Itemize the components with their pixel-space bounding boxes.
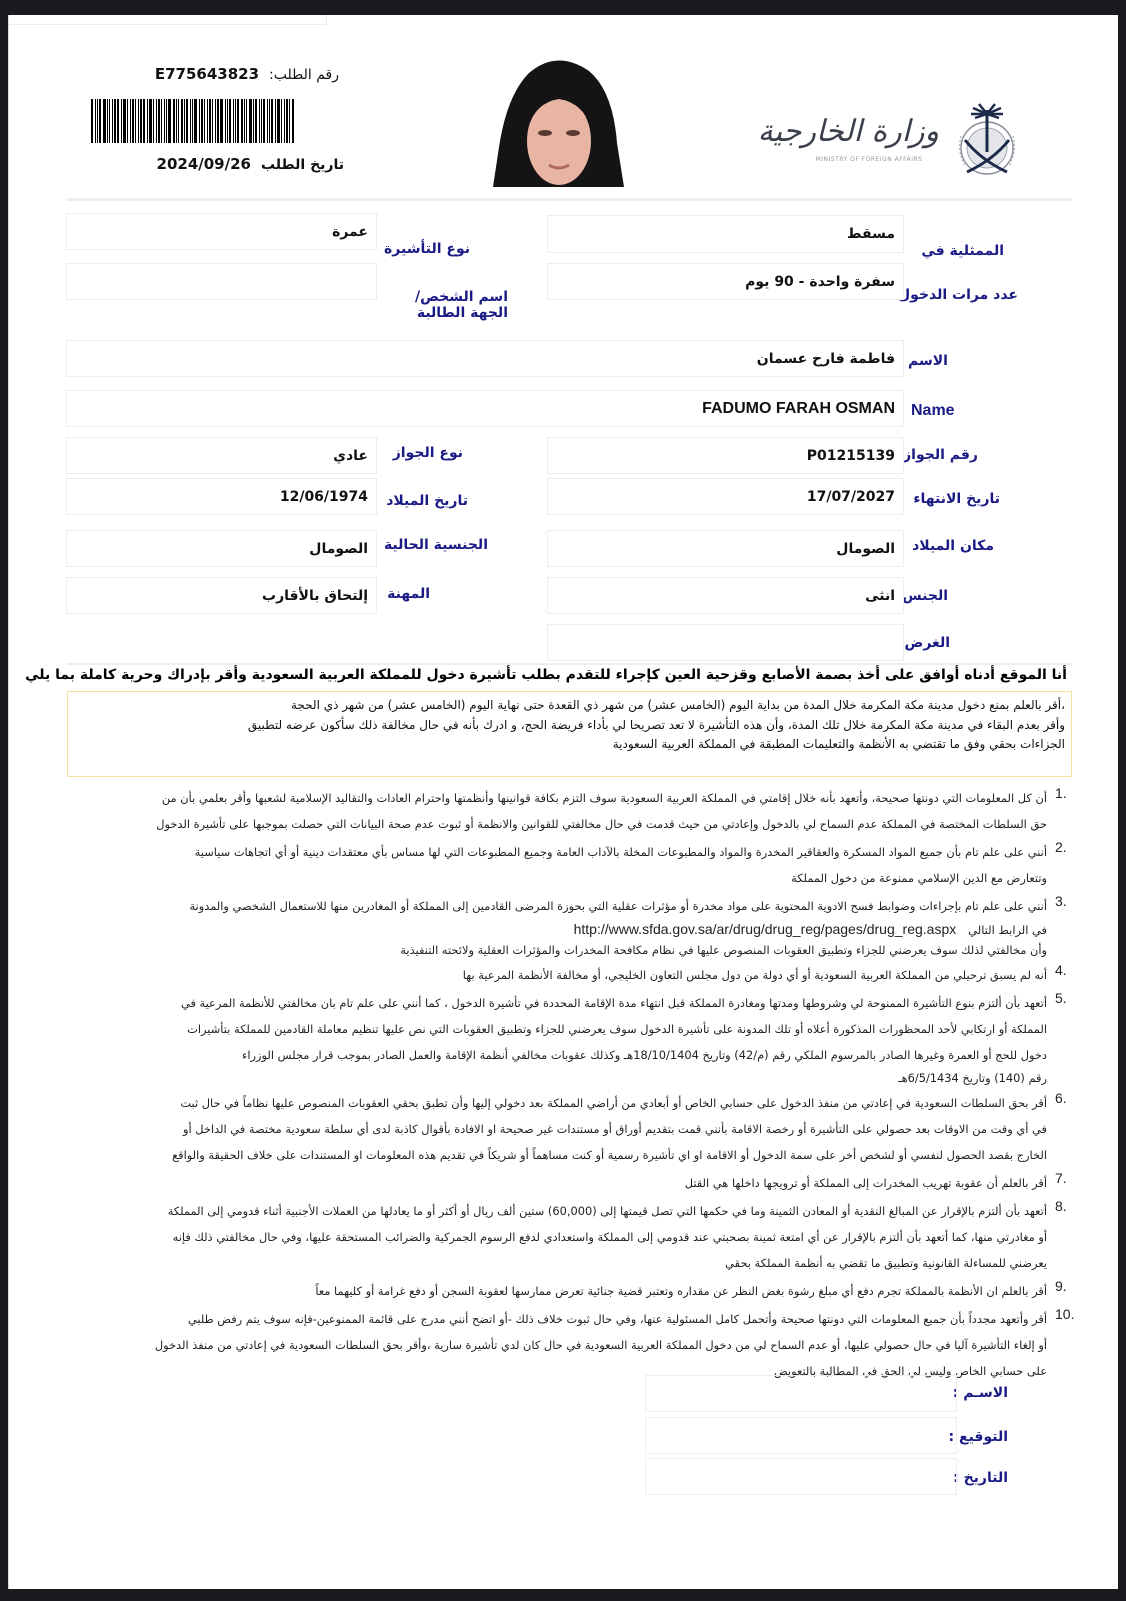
barcode-bar xyxy=(176,99,177,143)
barcode-bar xyxy=(103,99,106,143)
barcode-bar xyxy=(130,99,131,143)
term-number: 5. xyxy=(1055,990,1079,1006)
barcode-bar xyxy=(99,99,101,143)
term-number: 4. xyxy=(1055,962,1079,978)
signature-name-field[interactable] xyxy=(645,1375,957,1412)
request-date-label: تاريخ الطلب xyxy=(261,157,344,173)
term-number: 3. xyxy=(1055,893,1079,909)
term-line: أقر بالعلم أن عقوبة تهريب المخدرات إلى ا… xyxy=(49,1170,1047,1196)
barcode-bar xyxy=(281,99,282,143)
barcode-bar xyxy=(244,99,245,143)
barcode-bar xyxy=(263,99,265,143)
declaration-title: أنا الموقع أدناه أوافق على أخذ بصمة الأص… xyxy=(67,667,1067,683)
link-prefix: في الرابط التالي xyxy=(968,923,1047,937)
gender-field[interactable]: انثى xyxy=(547,577,904,614)
notice-line: ،أقر بالعلم بمنع دخول مدينة مكة المكرمة … xyxy=(74,696,1065,716)
request-number-value: E775643823 xyxy=(155,65,259,83)
barcode-bar xyxy=(249,99,252,143)
profession-field[interactable]: إلتحاق بالأقارب xyxy=(66,577,377,614)
barcode-bar xyxy=(184,99,185,143)
barcode-bar xyxy=(123,99,126,143)
barcode-bar xyxy=(259,99,260,143)
visa-type-field[interactable]: عمرة xyxy=(66,213,377,250)
top-tab-edge xyxy=(9,15,327,25)
term-item: 1. أن كل المعلومات التي دونتها صحيحة، وأ… xyxy=(49,785,1079,837)
barcode-bar xyxy=(235,99,236,143)
barcode-bar xyxy=(194,99,197,143)
birth-date-label: تاريخ الميلاد xyxy=(386,493,468,509)
barcode-bar xyxy=(292,99,294,143)
nationality-field[interactable]: الصومال xyxy=(66,530,377,567)
barcode-bar xyxy=(149,99,152,143)
barcode-bar xyxy=(132,99,134,143)
term-line: حق السلطات المختصة في المملكة عدم السماح… xyxy=(49,811,1047,837)
term-number: 10. xyxy=(1055,1306,1079,1322)
term-line: رقم (140) وتاريخ 6/5/1434هـ xyxy=(49,1068,1047,1088)
barcode-bar xyxy=(97,99,98,143)
signature-date-label: التاريخ : xyxy=(953,1470,1008,1486)
term-number: 8. xyxy=(1055,1198,1079,1214)
term-number: 9. xyxy=(1055,1278,1079,1294)
barcode-bar xyxy=(271,99,273,143)
notice-line: الجزاءات بحقي وفق ما تقتضي به الأنظمة وا… xyxy=(74,735,1065,755)
barcode-bar xyxy=(192,99,193,143)
expiry-date-label: تاريخ الانتهاء xyxy=(913,491,1000,507)
barcode-bar xyxy=(161,99,162,143)
barcode-bar xyxy=(207,99,208,143)
passport-type-label: نوع الجواز xyxy=(393,445,463,461)
term-item: 5. أتعهد بأن ألتزم بنوع التأشيرة الممنوح… xyxy=(49,990,1079,1088)
barcode-bar xyxy=(277,99,280,143)
term-line: أو إلغاء التأشيرة آليا في حال حصولي عليه… xyxy=(49,1332,1047,1358)
term-item: 4. أنه لم يسبق ترحيلي من المملكة العربية… xyxy=(49,962,1079,988)
barcode-bar xyxy=(153,99,154,143)
entries-field[interactable]: سفرة واحدة - 90 يوم xyxy=(547,263,904,300)
visa-type-label: نوع التأشيرة xyxy=(384,241,470,257)
request-date-value: 2024/09/26 xyxy=(157,155,251,173)
sponsor-label: اسم الشخص/الجهة الطالبة xyxy=(378,289,508,321)
barcode-bar xyxy=(156,99,157,143)
barcode-bar xyxy=(107,99,108,143)
notice-line: وأقر بعدم البقاء في مدينة مكة المكرمة خل… xyxy=(74,716,1065,736)
term-number: 6. xyxy=(1055,1090,1079,1106)
barcode-bar xyxy=(212,99,213,143)
terms-list: 1. أن كل المعلومات التي دونتها صحيحة، وأ… xyxy=(49,785,1079,1386)
term-line: أن كل المعلومات التي دونتها صحيحة، وأتعه… xyxy=(49,785,1047,811)
request-date: تاريخ الطلب2024/09/26 xyxy=(144,155,344,177)
request-number: رقم الطلب:E775643823 xyxy=(139,65,339,87)
barcode-bar xyxy=(284,99,285,143)
barcode-bar xyxy=(147,99,148,143)
barcode-bar xyxy=(269,99,270,143)
barcode-bar xyxy=(217,99,219,143)
barcode-bar xyxy=(261,99,262,143)
sponsor-field[interactable] xyxy=(66,263,377,300)
name-en-label: Name xyxy=(911,403,955,419)
barcode-bar xyxy=(233,99,234,143)
barcode-bar xyxy=(158,99,160,143)
term-line: أقر وأتعهد مجدداً بأن جميع المعلومات الت… xyxy=(49,1306,1047,1332)
term-number: 7. xyxy=(1055,1170,1079,1186)
barcode-bar xyxy=(140,99,142,143)
term-line: أتعهد بأن ألتزم بالإقرار عن المبالغ النق… xyxy=(49,1198,1047,1224)
name-en-field[interactable]: FADUMO FARAH OSMAN xyxy=(66,390,904,427)
signature-name-label: الاسـم : xyxy=(953,1385,1008,1401)
header-divider xyxy=(67,198,1072,201)
purpose-field[interactable] xyxy=(547,624,904,661)
barcode-bar xyxy=(114,99,116,143)
expiry-date-field[interactable]: 17/07/2027 xyxy=(547,478,904,515)
passport-no-field[interactable]: P01215139 xyxy=(547,437,904,474)
saudi-emblem-icon xyxy=(947,100,1027,180)
name-ar-field[interactable]: فاطمة فارح عسمان xyxy=(66,340,904,377)
term-line: أنني على علم تام بإجراءات وضوابط فسح الا… xyxy=(49,893,1047,919)
barcode-bar xyxy=(127,99,128,143)
term-line: يعرضني للمساءلة القانونية وتطبيق ما تقضي… xyxy=(49,1250,1047,1276)
term-item: 10. أقر وأتعهد مجدداً بأن جميع المعلومات… xyxy=(49,1306,1079,1384)
passport-type-field[interactable]: عادي xyxy=(66,437,377,474)
birth-date-field[interactable]: 12/06/1974 xyxy=(66,478,377,515)
ministry-name-ar: وزارة الخارجية xyxy=(799,114,939,149)
profession-label: المهنة xyxy=(387,586,430,602)
barcode xyxy=(91,99,341,143)
name-ar-label: الاسم xyxy=(908,353,948,369)
barcode-bar xyxy=(199,99,200,143)
barcode-bar xyxy=(117,99,119,143)
barcode-bar xyxy=(275,99,276,143)
term-line: وأن مخالفتي لذلك سوف يعرضني للجزاء وتطبي… xyxy=(49,940,1047,960)
barcode-bar xyxy=(112,99,113,143)
term-item: 7. أقر بالعلم أن عقوبة تهريب المخدرات إل… xyxy=(49,1170,1079,1196)
term-line: المملكة أو ارتكابي لأحد المحظورات المذكو… xyxy=(49,1016,1047,1042)
barcode-bar xyxy=(246,99,247,143)
ministry-name-en: MINISTRY OF FOREIGN AFFAIRS xyxy=(799,156,939,163)
term-line: أو مغادرتي منها، كما أتعهد بأن ألتزم بال… xyxy=(49,1224,1047,1250)
mission-field[interactable]: مسقط xyxy=(547,215,904,253)
barcode-bar xyxy=(201,99,203,143)
birth-place-label: مكان الميلاد xyxy=(912,538,994,554)
barcode-bar xyxy=(143,99,145,143)
entries-label: عدد مرات الدخول xyxy=(898,287,1018,303)
barcode-bar xyxy=(253,99,254,143)
nationality-label: الجنسية الحالية xyxy=(384,537,488,553)
barcode-bar xyxy=(164,99,165,143)
ministry-logo: وزارة الخارجية MINISTRY OF FOREIGN AFFAI… xyxy=(799,100,1034,180)
mission-label: الممثلية في xyxy=(921,243,1004,259)
barcode-bar xyxy=(135,99,136,143)
barcode-bar xyxy=(289,99,290,143)
term-item: 9. أقر بالعلم ان الأنظمة بالمملكة تجرم د… xyxy=(49,1278,1079,1304)
term-item: 6. أقر بحق السلطات السعودية في إعادتي من… xyxy=(49,1090,1079,1168)
term-line: دخول للحج أو العمرة وغيرها الصادر بالمرس… xyxy=(49,1042,1047,1068)
birth-place-field[interactable]: الصومال xyxy=(547,530,904,567)
term-link-line: في الرابط التاليhttp://www.sfda.gov.sa/a… xyxy=(49,919,1047,940)
passport-no-label: رقم الجواز xyxy=(903,447,978,463)
barcode-bar xyxy=(91,99,93,143)
term-line: الخارج بقصد الحصول لنفسي أو لشخص أخر على… xyxy=(49,1142,1047,1168)
term-line: أنه لم يسبق ترحيلي من المملكة العربية ال… xyxy=(49,962,1047,988)
term-line: وتتعارض مع الدين الإسلامي ممنوعة من دخول… xyxy=(49,865,1047,891)
applicant-photo xyxy=(493,55,624,187)
term-item: 2. أنني على علم تام بأن جميع المواد المس… xyxy=(49,839,1079,891)
barcode-bar xyxy=(95,99,96,143)
term-line: أقر بحق السلطات السعودية في إعادتي من من… xyxy=(49,1090,1047,1116)
barcode-bar xyxy=(215,99,216,143)
visa-application-page: رقم الطلب:E775643823 تاريخ الطلب2024/09/… xyxy=(8,15,1118,1589)
barcode-bar xyxy=(286,99,288,143)
request-number-label: رقم الطلب: xyxy=(269,67,339,83)
barcode-bar xyxy=(181,99,183,143)
barcode-bar xyxy=(138,99,139,143)
barcode-bar xyxy=(267,99,268,143)
barcode-bar xyxy=(209,99,211,143)
signature-date-field[interactable] xyxy=(645,1458,957,1495)
gender-label: الجنس xyxy=(902,588,948,604)
declaration-divider xyxy=(67,663,1072,665)
barcode-bar xyxy=(229,99,231,143)
barcode-bar xyxy=(255,99,257,143)
term-item: 8. أتعهد بأن ألتزم بالإقرار عن المبالغ ا… xyxy=(49,1198,1079,1276)
barcode-bar xyxy=(204,99,205,143)
barcode-bar xyxy=(237,99,239,143)
term-line: أتعهد بأن ألتزم بنوع التأشيرة الممنوحة ل… xyxy=(49,990,1047,1016)
term-item: 3. أنني على علم تام بإجراءات وضوابط فسح … xyxy=(49,893,1079,960)
purpose-label: الغرض xyxy=(905,635,951,651)
barcode-bar xyxy=(225,99,226,143)
barcode-bar xyxy=(166,99,167,143)
barcode-bar xyxy=(168,99,171,143)
barcode-bar xyxy=(186,99,188,143)
hajj-notice: ،أقر بالعلم بمنع دخول مدينة مكة المكرمة … xyxy=(67,691,1072,777)
signature-sign-label: التوقيع : xyxy=(949,1429,1008,1445)
barcode-bar xyxy=(173,99,175,143)
barcode-bar xyxy=(220,99,223,143)
barcode-bar xyxy=(121,99,122,143)
term-number: 1. xyxy=(1055,785,1079,801)
signature-field[interactable] xyxy=(645,1417,957,1454)
barcode-bar xyxy=(190,99,191,143)
barcode-bar xyxy=(227,99,228,143)
barcode-bar xyxy=(109,99,110,143)
barcode-bar xyxy=(178,99,179,143)
sfda-link[interactable]: http://www.sfda.gov.sa/ar/drug/drug_reg/… xyxy=(574,921,957,937)
barcode-bar xyxy=(241,99,243,143)
term-line: في أي وقت من الاوقات بعد حصولي على التأش… xyxy=(49,1116,1047,1142)
term-number: 2. xyxy=(1055,839,1079,855)
term-line: أقر بالعلم ان الأنظمة بالمملكة تجرم دفع … xyxy=(49,1278,1047,1304)
term-line: أنني على علم تام بأن جميع المواد المسكرة… xyxy=(49,839,1047,865)
